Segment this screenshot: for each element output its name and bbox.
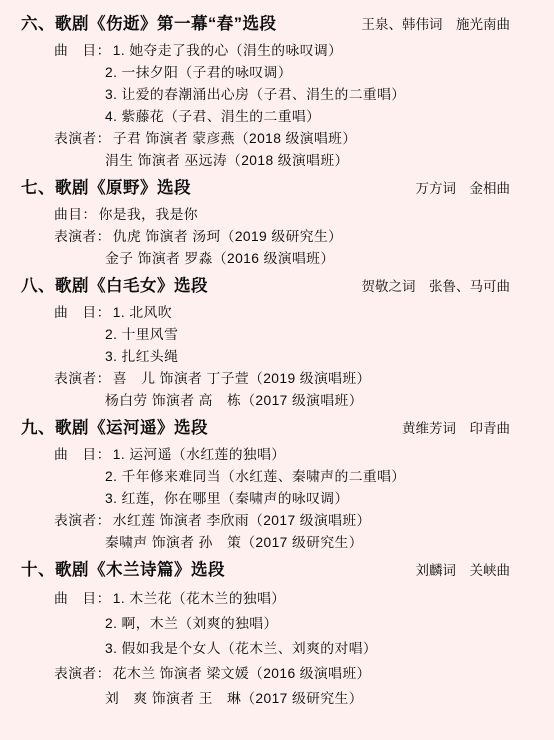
repertoire-label: 曲 目： bbox=[54, 447, 111, 462]
song-item: 2. 千年修来难同当（水红莲、秦啸声的二重唱） bbox=[105, 469, 405, 484]
performer-line: 表演者：水红莲 饰演者 李欣雨（2017 级演唱班） bbox=[0, 510, 554, 532]
section-header: 八、歌剧《白毛女》选段贺敬之词 张鲁、马可曲 bbox=[21, 274, 510, 299]
song-item: 1. 木兰花（花木兰的独唱） bbox=[113, 591, 286, 606]
section-credits: 贺敬之词 张鲁、马可曲 bbox=[362, 275, 511, 299]
performer-item: 杨白劳 饰演者 高 栋（2017 级演唱班） bbox=[105, 393, 363, 408]
performer-item: 秦啸声 饰演者 孙 策（2017 级研究生） bbox=[105, 535, 363, 550]
performers-label: 表演者： bbox=[54, 666, 111, 681]
song-line: 曲目：你是我，我是你 bbox=[0, 204, 554, 226]
performer-line: 表演者：仇虎 饰演者 汤珂（2019 级研究生） bbox=[0, 226, 554, 248]
performer-item: 涓生 饰演者 巫远涛（2018 级演唱班） bbox=[105, 153, 349, 168]
section-credits: 万方词 金相曲 bbox=[416, 177, 511, 201]
song-item: 3. 假如我是个女人（花木兰、刘爽的对唱） bbox=[105, 641, 377, 656]
song-item: 2. 十里风雪 bbox=[105, 327, 178, 342]
song-item: 2. 啊，木兰（刘爽的独唱） bbox=[105, 616, 278, 631]
performer-item: 刘 爽 饰演者 王 琳（2017 级研究生） bbox=[105, 691, 363, 706]
performer-item: 喜 儿 饰演者 丁子萱（2019 级演唱班） bbox=[113, 371, 371, 386]
song-item: 2. 一抹夕阳（子君的咏叹调） bbox=[105, 65, 292, 80]
performer-item: 金子 饰演者 罗淼（2016 级演唱班） bbox=[105, 251, 335, 266]
section-credits: 黄维芳词 印青曲 bbox=[402, 417, 510, 441]
performer-line: 刘 爽 饰演者 王 琳（2017 级研究生） bbox=[0, 686, 554, 711]
song-line: 4. 紫藤花（子君、涓生的二重唱） bbox=[0, 106, 554, 128]
performer-line: 表演者：子君 饰演者 蒙彦燕（2018 级演唱班） bbox=[0, 128, 554, 150]
performer-item: 花木兰 饰演者 梁文媛（2016 级演唱班） bbox=[113, 666, 371, 681]
performer-line: 金子 饰演者 罗淼（2016 级演唱班） bbox=[0, 248, 554, 270]
program-section: 八、歌剧《白毛女》选段贺敬之词 张鲁、马可曲曲 目：1. 北风吹2. 十里风雪3… bbox=[0, 274, 554, 412]
song-item: 1. 运河遥（水红莲的独唱） bbox=[113, 447, 286, 462]
section-header: 十、歌剧《木兰诗篇》选段刘麟词 关峡曲 bbox=[21, 558, 510, 583]
performer-item: 子君 饰演者 蒙彦燕（2018 级演唱班） bbox=[113, 131, 357, 146]
section-title: 十、歌剧《木兰诗篇》选段 bbox=[21, 558, 225, 582]
song-item: 3. 扎红头绳 bbox=[105, 349, 178, 364]
section-title: 九、歌剧《运河遥》选段 bbox=[21, 416, 208, 440]
section-title: 六、歌剧《伤逝》第一幕“春”选段 bbox=[21, 12, 277, 36]
program-section: 十、歌剧《木兰诗篇》选段刘麟词 关峡曲曲 目：1. 木兰花（花木兰的独唱）2. … bbox=[0, 558, 554, 711]
performer-line: 杨白劳 饰演者 高 栋（2017 级演唱班） bbox=[0, 390, 554, 412]
song-item: 你是我，我是你 bbox=[99, 207, 198, 222]
song-line: 3. 假如我是个女人（花木兰、刘爽的对唱） bbox=[0, 636, 554, 661]
section-credits: 王泉、韩伟词 施光南曲 bbox=[362, 13, 511, 37]
performer-line: 表演者：花木兰 饰演者 梁文媛（2016 级演唱班） bbox=[0, 661, 554, 686]
section-header: 七、歌剧《原野》选段万方词 金相曲 bbox=[21, 176, 510, 201]
performer-item: 水红莲 饰演者 李欣雨（2017 级演唱班） bbox=[113, 513, 371, 528]
song-line: 曲 目：1. 她夺走了我的心（涓生的咏叹调） bbox=[0, 40, 554, 62]
song-item: 1. 北风吹 bbox=[113, 305, 172, 320]
section-title: 八、歌剧《白毛女》选段 bbox=[21, 274, 208, 298]
song-line: 曲 目：1. 木兰花（花木兰的独唱） bbox=[0, 586, 554, 611]
song-item: 3. 让爱的春潮涌出心房（子君、涓生的二重唱） bbox=[105, 87, 405, 102]
song-item: 1. 她夺走了我的心（涓生的咏叹调） bbox=[113, 43, 343, 58]
performer-line: 涓生 饰演者 巫远涛（2018 级演唱班） bbox=[0, 150, 554, 172]
performers-label: 表演者： bbox=[54, 229, 111, 244]
section-credits: 刘麟词 关峡曲 bbox=[416, 559, 511, 583]
repertoire-label: 曲 目： bbox=[54, 591, 111, 606]
performer-item: 仇虎 饰演者 汤珂（2019 级研究生） bbox=[113, 229, 343, 244]
song-item: 4. 紫藤花（子君、涓生的二重唱） bbox=[105, 109, 320, 124]
song-line: 2. 一抹夕阳（子君的咏叹调） bbox=[0, 62, 554, 84]
song-line: 曲 目：1. 北风吹 bbox=[0, 302, 554, 324]
program-sections: 六、歌剧《伤逝》第一幕“春”选段王泉、韩伟词 施光南曲曲 目：1. 她夺走了我的… bbox=[0, 12, 554, 711]
repertoire-label: 曲 目： bbox=[54, 43, 111, 58]
performers-label: 表演者： bbox=[54, 131, 111, 146]
song-line: 3. 让爱的春潮涌出心房（子君、涓生的二重唱） bbox=[0, 84, 554, 106]
section-header: 六、歌剧《伤逝》第一幕“春”选段王泉、韩伟词 施光南曲 bbox=[21, 12, 510, 37]
song-line: 2. 十里风雪 bbox=[0, 324, 554, 346]
performers-label: 表演者： bbox=[54, 513, 111, 528]
program-section: 九、歌剧《运河遥》选段黄维芳词 印青曲曲 目：1. 运河遥（水红莲的独唱）2. … bbox=[0, 416, 554, 554]
concert-program-page: 六、歌剧《伤逝》第一幕“春”选段王泉、韩伟词 施光南曲曲 目：1. 她夺走了我的… bbox=[0, 0, 554, 740]
repertoire-label: 曲目： bbox=[54, 207, 97, 222]
program-section: 六、歌剧《伤逝》第一幕“春”选段王泉、韩伟词 施光南曲曲 目：1. 她夺走了我的… bbox=[0, 12, 554, 172]
song-line: 3. 红莲，你在哪里（秦啸声的咏叹调） bbox=[0, 488, 554, 510]
song-item: 3. 红莲，你在哪里（秦啸声的咏叹调） bbox=[105, 491, 349, 506]
performers-label: 表演者： bbox=[54, 371, 111, 386]
section-title: 七、歌剧《原野》选段 bbox=[21, 176, 191, 200]
repertoire-label: 曲 目： bbox=[54, 305, 111, 320]
program-section: 七、歌剧《原野》选段万方词 金相曲曲目：你是我，我是你表演者：仇虎 饰演者 汤珂… bbox=[0, 176, 554, 270]
song-line: 3. 扎红头绳 bbox=[0, 346, 554, 368]
song-line: 曲 目：1. 运河遥（水红莲的独唱） bbox=[0, 444, 554, 466]
section-header: 九、歌剧《运河遥》选段黄维芳词 印青曲 bbox=[21, 416, 510, 441]
performer-line: 秦啸声 饰演者 孙 策（2017 级研究生） bbox=[0, 532, 554, 554]
song-line: 2. 啊，木兰（刘爽的独唱） bbox=[0, 611, 554, 636]
performer-line: 表演者：喜 儿 饰演者 丁子萱（2019 级演唱班） bbox=[0, 368, 554, 390]
song-line: 2. 千年修来难同当（水红莲、秦啸声的二重唱） bbox=[0, 466, 554, 488]
